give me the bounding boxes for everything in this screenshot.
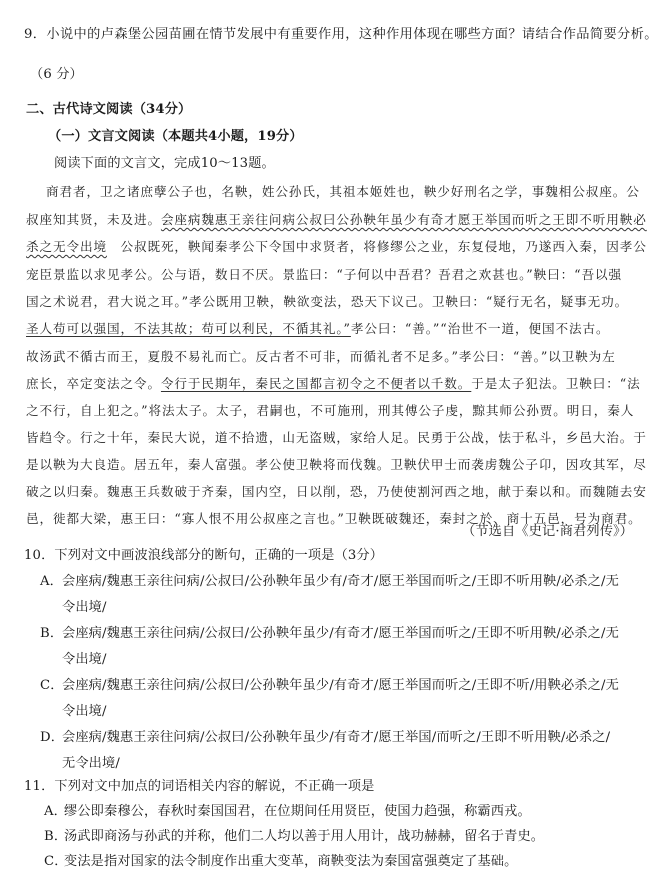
option-text: 会座病/魏惠王亲往问病/公叔曰/公孙鞅年虽少/有奇才/愿王举国而听之/王即不听用… [62,625,619,643]
passage-line: 国之术说君，君大说之耳。”孝公既用卫鞅，鞅欲变法，恐天下议己。卫鞅曰：“疑行无名… [26,293,628,311]
option-text: 令出境/ [62,703,107,721]
passage-line: 宠臣景监以求见孝公。公与语，数日不厌。景监曰：“子何以中吾君？吾君之欢甚也。”鞅… [26,266,622,284]
option-label: A． [40,573,63,591]
underlined-text: 圣人苟可以强国，不法其故；苟可以利民，不循其礼。” [26,321,351,336]
passage-line: 圣人苟可以强国，不法其故；苟可以利民，不循其礼。”孝公曰：“善。”“治世不一道，… [26,320,610,338]
passage-line: 是以鞅为大良造。居五年，秦人富强。孝公使卫鞅将而伐魏。卫鞅伏甲士而袭虏魏公子卬，… [26,456,647,474]
passage-line: 破之以归秦。魏惠王兵数破于齐秦，国内空，日以削，恐，乃使使割河西之地，献于秦以和… [26,483,647,501]
reading-instruction: 阅读下面的文言文，完成10～13题。 [54,155,275,173]
passage-line: 叔座知其贤，未及进。会座病魏惠王亲往问病公叔曰公孙鞅年虽少有奇才愿王举国而听之王… [26,211,647,229]
option-text: 缪公即秦穆公，春秋时秦国国君，在位期间任用贤臣，使国力趋强，称霸西戎。 [64,803,531,821]
option-text: 会座病/魏惠王亲往问病/公叔曰/公孙鞅年虽少/有奇才/愿王举国而听之/王即不听/… [62,677,619,695]
option-text: 变法是指对国家的法令制度作出重大变革，商鞅变法为秦国富强奠定了基础。 [64,853,517,871]
source-citation: （节选自《史记·商君列传》） [462,523,633,541]
passage-text: 孝公曰：“善。”“治世不一道，便国不法古。 [351,321,610,336]
question-10-stem: 10．下列对文中画波浪线部分的断句，正确的一项是（3分） [24,547,383,565]
question-9-score: （6 分） [30,66,83,84]
question-11-stem: 11．下列对文中加点的词语相关内容的解说，不正确一项是 [24,778,375,796]
passage-line: 之不行，自上犯之。”将法太子。太子，君嗣也，不可施刑，刑其傅公子虔，黥其师公孙贾… [26,402,634,420]
passage-text: 公叔既死，鞅闻秦孝公下令国中求贤者，将修缪公之业，东复侵地，乃遂西入秦，因孝公 [107,239,647,254]
passage-text: 叔座知其贤，未及进。 [26,212,161,227]
option-text: 令出境/ [62,599,107,617]
wavy-underlined-text: 会座病魏惠王亲往问病公叔曰公孙鞅年虽少有奇才愿王举国而听之王即不听用鞅必 [161,212,647,227]
passage-text: 庶长，卒定变法之令。 [26,376,161,391]
wavy-underlined-text: 杀之无令出境 [26,239,107,254]
passage-line: 商君者，卫之诸庶孽公子也，名鞅，姓公孙氏，其祖本姬姓也，鞅少好刑名之学，事魏相公… [46,183,640,201]
option-text: 汤武即商汤与孙武的并称，他们二人均以善于用人用计，战功赫赫，留名于青史。 [64,828,544,846]
passage-line: 故汤武不循古而王，夏殷不易礼而亡。反古者不可非，而循礼者不足多。”孝公曰：“善。… [26,348,616,366]
option-label: B． [40,625,63,643]
passage-text: 于是太子犯法。卫鞅曰：“法 [471,376,640,391]
option-label: C． [40,677,64,695]
subsection-title: （一）文言文阅读（本题共4小题，19分） [48,128,303,146]
passage-line: 庶长，卒定变法之令。令行于民期年，秦民之国都言初令之不便者以千数。于是太子犯法。… [26,375,641,393]
option-text: 会座病/魏惠王亲往问病/公叔曰/公孙鞅年虽少有/奇才/愿王举国而听之/王即不听用… [62,573,619,591]
option-text: 令出境/ [62,651,107,669]
passage-line: 皆趋令。行之十年，秦民大说，道不拾遗，山无盗贼，家给人足。民勇于公战，怯于私斗，… [26,429,647,447]
question-9-text: 9．小说中的卢森堡公园苗圃在情节发展中有重要作用，这种作用体现在哪些方面？请结合… [24,26,650,44]
option-text: 无令出境/ [62,755,120,773]
passage-line: 杀之无令出境 公叔既死，鞅闻秦孝公下令国中求贤者，将修缪公之业，东复侵地，乃遂西… [26,238,647,256]
option-label: D． [40,729,64,747]
underlined-text: 令行于民期年，秦民之国都言初令之不便者以千数。 [161,376,471,391]
section-title: 二、古代诗文阅读（34分） [26,101,191,119]
option-text: 会座病/魏惠王亲往问病/公叔曰/公孙鞅年虽少/有奇才/愿王举国/而听之/王即不听… [62,729,610,747]
